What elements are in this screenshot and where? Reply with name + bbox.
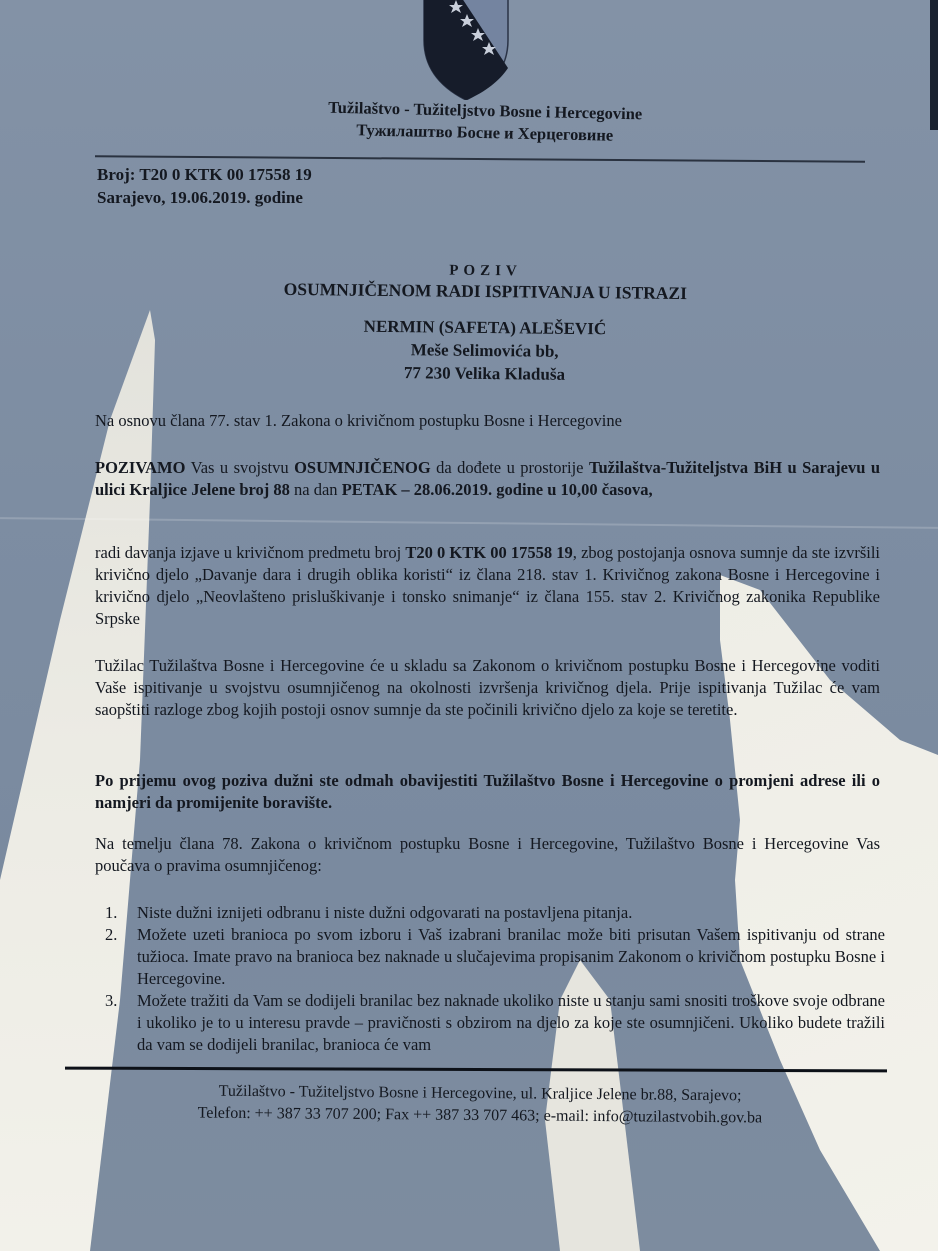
case-paragraph: radi davanja izjave u krivičnom predmetu…: [95, 542, 880, 630]
footer-divider: [65, 1067, 887, 1073]
summons-text: Vas u svojstvu: [185, 458, 294, 477]
place-date: Sarajevo, 19.06.2019. godine: [97, 186, 312, 209]
suspect-status: OSUMNJIČENOG: [294, 458, 431, 477]
item-number: 1.: [105, 902, 117, 924]
address-change-notice: Po prijemu ovog poziva dužni ste odmah o…: [95, 770, 880, 814]
footer: Tužilaštvo - Tužiteljstvo Bosne i Herceg…: [140, 1080, 820, 1130]
document-page: Tužilaštvo - Tužiteljstvo Bosne i Herceg…: [0, 0, 938, 1251]
item-text: Možete tražiti da Vam se dodijeli branil…: [137, 991, 885, 1054]
case-number-inline: T20 0 KTK 00 17558 19: [405, 543, 572, 562]
summons-text: da dođete u prostorije: [431, 458, 589, 477]
bih-coat-of-arms-icon: [420, 0, 512, 100]
prosecutor-paragraph: Tužilac Tužilaštva Bosne i Hercegovine ć…: [95, 655, 880, 721]
rights-item: 3.Možete tražiti da Vam se dodijeli bran…: [105, 990, 885, 1056]
rights-intro: Na temelju člana 78. Zakona o krivičnom …: [95, 833, 880, 877]
summons-paragraph: POZIVAMO Vas u svojstvu OSUMNJIČENOG da …: [95, 457, 880, 501]
reference-block: Broj: T20 0 KTK 00 17558 19 Sarajevo, 19…: [97, 163, 312, 209]
rights-item: 1.Niste dužni iznijeti odbranu i niste d…: [105, 902, 885, 924]
rights-list: 1.Niste dužni iznijeti odbranu i niste d…: [105, 902, 885, 1056]
item-number: 3.: [105, 990, 117, 1012]
case-number: Broj: T20 0 KTK 00 17558 19: [97, 163, 312, 186]
rights-item: 2.Možete uzeti branioca po svom izboru i…: [105, 924, 885, 990]
summons-keyword: POZIVAMO: [95, 458, 185, 477]
item-text: Možete uzeti branioca po svom izboru i V…: [137, 925, 885, 988]
item-number: 2.: [105, 924, 117, 946]
document-title: POZIV OSUMNJIČENOM RADI ISPITIVANJA U IS…: [249, 260, 720, 388]
item-text: Niste dužni iznijeti odbranu i niste duž…: [137, 903, 632, 922]
addressee: NERMIN (SAFETA) ALEŠEVIĆ Meše Selimovića…: [249, 314, 720, 388]
title-subtitle: OSUMNJIČENOM RADI ISPITIVANJA U ISTRAZI: [250, 278, 720, 305]
legal-basis-paragraph: Na osnovu člana 77. stav 1. Zakona o kri…: [95, 410, 880, 432]
case-text: radi davanja izjave u krivičnom predmetu…: [95, 543, 405, 562]
addressee-city: 77 230 Velika Kladuša: [249, 360, 719, 388]
summons-text: na dan: [290, 480, 342, 499]
issuing-authority: Tužilaštvo - Tužiteljstvo Bosne i Herceg…: [300, 96, 671, 148]
summons-datetime: PETAK – 28.06.2019. godine u 10,00 časov…: [342, 480, 653, 499]
footer-contact: Telefon: ++ 387 33 707 200; Fax ++ 387 3…: [140, 1102, 820, 1130]
document-photo: Tužilaštvo - Tužiteljstvo Bosne i Herceg…: [0, 0, 938, 1251]
header-divider: [95, 155, 865, 162]
